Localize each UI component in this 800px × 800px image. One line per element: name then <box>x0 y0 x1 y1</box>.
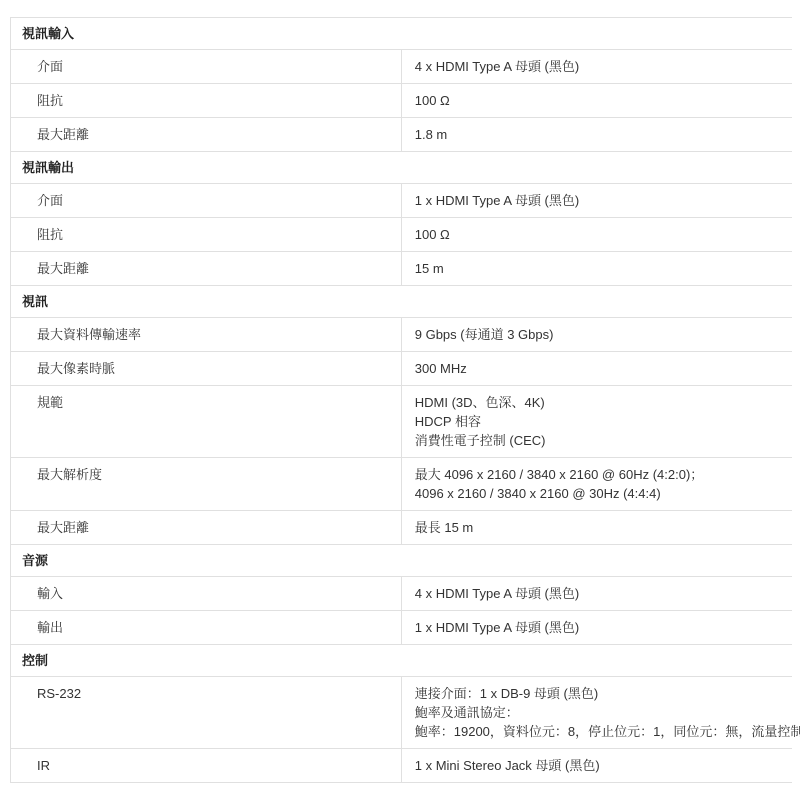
spec-value-line: 300 MHz <box>415 359 780 378</box>
spec-value-line: 消費性電子控制 (CEC) <box>415 431 780 450</box>
spec-value-line: 1 x HDMI Type A 母頭 (黑色) <box>415 191 780 210</box>
spec-label: 最大解析度 <box>11 458 402 511</box>
spec-value-line: 1 x HDMI Type A 母頭 (黑色) <box>415 618 780 637</box>
spec-label: 介面 <box>11 184 402 218</box>
table-row: 規範 HDMI (3D、色深、4K) HDCP 相容 消費性電子控制 (CEC) <box>11 386 793 458</box>
table-row: 輸出 1 x HDMI Type A 母頭 (黑色) <box>11 611 793 645</box>
spec-value: 4 x HDMI Type A 母頭 (黑色) <box>401 50 792 84</box>
section-row: 視訊輸入 <box>11 18 793 50</box>
table-row: 最大資料傳輸速率 9 Gbps (每通道 3 Gbps) <box>11 318 793 352</box>
spec-label: 阻抗 <box>11 84 402 118</box>
spec-value-line: 1 x Mini Stereo Jack 母頭 (黑色) <box>415 756 780 775</box>
spec-value: 1.8 m <box>401 118 792 152</box>
spec-value: HDMI (3D、色深、4K) HDCP 相容 消費性電子控制 (CEC) <box>401 386 792 458</box>
section-row: 視訊 <box>11 286 793 318</box>
section-title: 視訊輸入 <box>11 18 793 50</box>
spec-value-line: 1.8 m <box>415 125 780 144</box>
table-row: 輸入 4 x HDMI Type A 母頭 (黑色) <box>11 577 793 611</box>
section-row: 控制 <box>11 645 793 677</box>
table-row: 最大解析度 最大 4096 x 2160 / 3840 x 2160 @ 60H… <box>11 458 793 511</box>
spec-label: 最大距離 <box>11 511 402 545</box>
spec-label: IR <box>11 749 402 783</box>
table-row: 最大距離 15 m <box>11 252 793 286</box>
section-title: 視訊輸出 <box>11 152 793 184</box>
spec-value-line: 100 Ω <box>415 91 780 110</box>
spec-value-line: 15 m <box>415 259 780 278</box>
spec-table: 視訊輸入 介面 4 x HDMI Type A 母頭 (黑色) 阻抗 100 Ω… <box>10 17 792 783</box>
spec-value-line: HDMI (3D、色深、4K) <box>415 393 780 412</box>
table-row: 最大距離 1.8 m <box>11 118 793 152</box>
spec-value: 4 x HDMI Type A 母頭 (黑色) <box>401 577 792 611</box>
spec-label: 輸入 <box>11 577 402 611</box>
spec-value-line: 鮑率及通訊協定： <box>415 703 780 722</box>
page: 視訊輸入 介面 4 x HDMI Type A 母頭 (黑色) 阻抗 100 Ω… <box>0 0 800 800</box>
table-row: 介面 1 x HDMI Type A 母頭 (黑色) <box>11 184 793 218</box>
spec-value: 連接介面：1 x DB-9 母頭 (黑色) 鮑率及通訊協定： 鮑率：19200，… <box>401 677 792 749</box>
spec-value-line: 4 x HDMI Type A 母頭 (黑色) <box>415 584 780 603</box>
table-row: 最大像素時脈 300 MHz <box>11 352 793 386</box>
section-row: 音源 <box>11 545 793 577</box>
spec-value-line: 4 x HDMI Type A 母頭 (黑色) <box>415 57 780 76</box>
spec-value: 9 Gbps (每通道 3 Gbps) <box>401 318 792 352</box>
spec-value: 100 Ω <box>401 84 792 118</box>
spec-value-line: HDCP 相容 <box>415 412 780 431</box>
spec-value: 1 x HDMI Type A 母頭 (黑色) <box>401 611 792 645</box>
spec-value: 1 x Mini Stereo Jack 母頭 (黑色) <box>401 749 792 783</box>
spec-value: 最長 15 m <box>401 511 792 545</box>
table-row: RS-232 連接介面：1 x DB-9 母頭 (黑色) 鮑率及通訊協定： 鮑率… <box>11 677 793 749</box>
spec-table-container: 視訊輸入 介面 4 x HDMI Type A 母頭 (黑色) 阻抗 100 Ω… <box>0 0 800 793</box>
spec-label: RS-232 <box>11 677 402 749</box>
spec-value: 15 m <box>401 252 792 286</box>
spec-label: 規範 <box>11 386 402 458</box>
spec-value-line: 最長 15 m <box>415 518 780 537</box>
spec-value-line: 鮑率：19200，資料位元：8，停止位元：1，同位元：無，流量控制：無 <box>415 722 780 741</box>
spec-value: 最大 4096 x 2160 / 3840 x 2160 @ 60Hz (4:2… <box>401 458 792 511</box>
spec-label: 最大資料傳輸速率 <box>11 318 402 352</box>
spec-label: 阻抗 <box>11 218 402 252</box>
spec-label: 輸出 <box>11 611 402 645</box>
spec-value-line: 9 Gbps (每通道 3 Gbps) <box>415 325 780 344</box>
section-title: 視訊 <box>11 286 793 318</box>
table-row: 阻抗 100 Ω <box>11 218 793 252</box>
spec-value-line: 連接介面：1 x DB-9 母頭 (黑色) <box>415 684 780 703</box>
table-row: IR 1 x Mini Stereo Jack 母頭 (黑色) <box>11 749 793 783</box>
table-row: 最大距離 最長 15 m <box>11 511 793 545</box>
table-row: 介面 4 x HDMI Type A 母頭 (黑色) <box>11 50 793 84</box>
spec-label: 最大像素時脈 <box>11 352 402 386</box>
section-title: 控制 <box>11 645 793 677</box>
section-title: 音源 <box>11 545 793 577</box>
spec-label: 最大距離 <box>11 118 402 152</box>
spec-label: 最大距離 <box>11 252 402 286</box>
spec-value-line: 4096 x 2160 / 3840 x 2160 @ 30Hz (4:4:4) <box>415 484 780 503</box>
spec-value: 1 x HDMI Type A 母頭 (黑色) <box>401 184 792 218</box>
spec-label: 介面 <box>11 50 402 84</box>
section-row: 視訊輸出 <box>11 152 793 184</box>
spec-value-line: 最大 4096 x 2160 / 3840 x 2160 @ 60Hz (4:2… <box>415 465 780 484</box>
spec-value: 100 Ω <box>401 218 792 252</box>
table-row: 阻抗 100 Ω <box>11 84 793 118</box>
spec-value: 300 MHz <box>401 352 792 386</box>
spec-value-line: 100 Ω <box>415 225 780 244</box>
